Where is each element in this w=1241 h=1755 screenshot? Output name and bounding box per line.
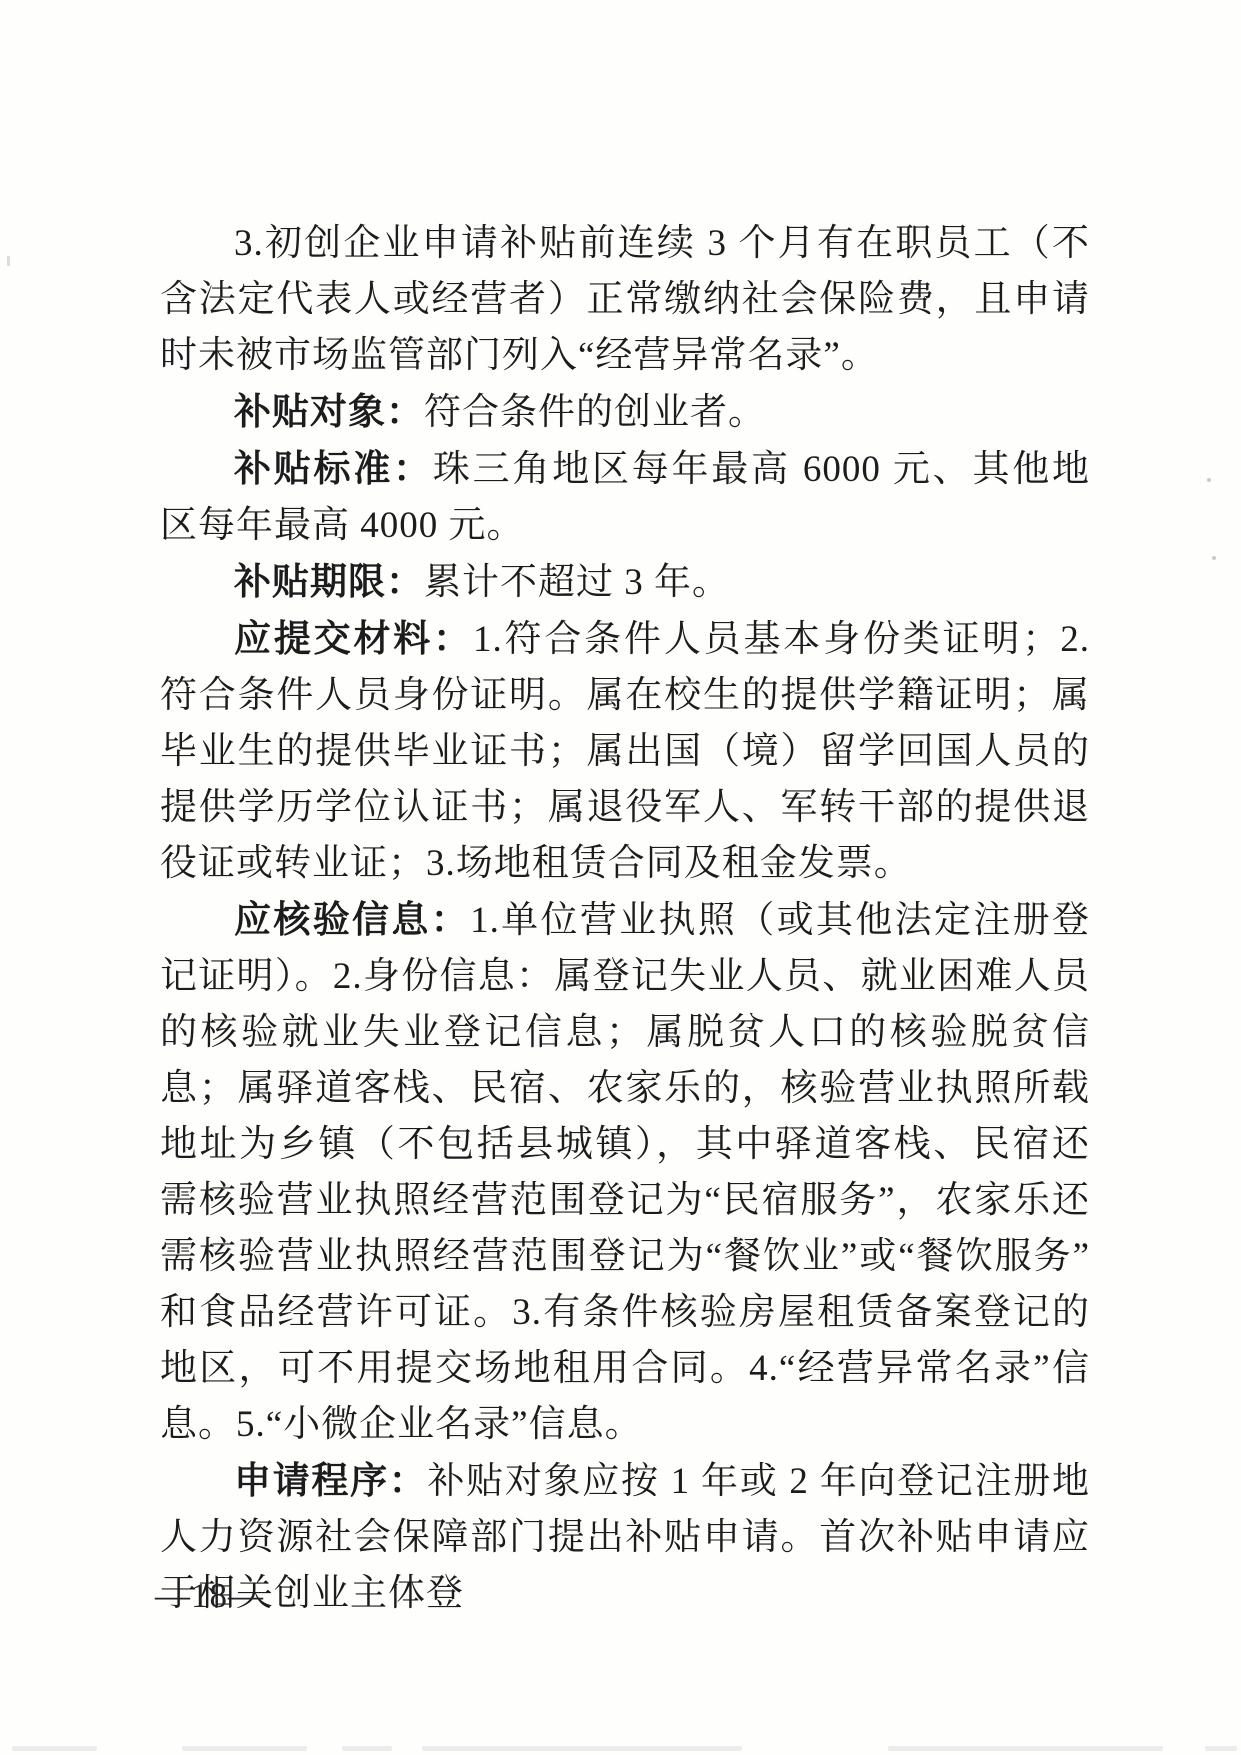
paragraph: 应核验信息：1.单位营业执照（或其他法定注册登记证明）。2.身份信息：属登记失业…: [160, 892, 1090, 1453]
scan-artifact: [888, 1746, 1163, 1751]
paragraph-lead: 补贴期限：: [234, 561, 424, 602]
scan-artifact: [182, 1746, 307, 1751]
paragraph-lead: 应核验信息：: [234, 899, 470, 940]
scan-speck: [1212, 556, 1216, 560]
paragraph-text: 累计不超过 3 年。: [424, 562, 730, 603]
paragraph-lead: 应提交材料：: [234, 618, 473, 659]
paragraph-lead: 补贴标准：: [234, 448, 433, 489]
document-page: 3.初创企业申请补贴前连续 3 个月有在职员工（不含法定代表人或经营者）正常缴纳…: [0, 0, 1241, 1755]
paragraph-text: 符合条件的创业者。: [424, 392, 766, 433]
paragraph: 应提交材料：1.符合条件人员基本身份类证明；2.符合条件人员身份证明。属在校生的…: [160, 611, 1090, 892]
paragraph: 补贴期限：累计不超过 3 年。: [160, 554, 1090, 611]
paragraph-text: 3.初创企业申请补贴前连续 3 个月有在职员工（不含法定代表人或经营者）正常缴纳…: [160, 223, 1090, 376]
paragraph-lead: 补贴对象：: [234, 391, 424, 432]
page-number: —18—: [155, 1576, 264, 1616]
scan-artifact: [422, 1746, 742, 1751]
scan-artifact: [12, 1746, 97, 1751]
paragraph-text: 1.单位营业执照（或其他法定注册登记证明）。2.身份信息：属登记失业人员、就业困…: [160, 900, 1090, 1445]
paragraph: 补贴对象：符合条件的创业者。: [160, 384, 1090, 441]
paragraph: 申请程序：补贴对象应按 1 年或 2 年向登记注册地人力资源社会保障部门提出补贴…: [160, 1453, 1090, 1622]
document-body: 3.初创企业申请补贴前连续 3 个月有在职员工（不含法定代表人或经营者）正常缴纳…: [160, 216, 1090, 1622]
scan-speck: [7, 256, 10, 266]
scan-artifact: [342, 1746, 392, 1751]
scan-artifact: [1205, 1746, 1237, 1751]
scan-speck: [1207, 478, 1211, 482]
paragraph-lead: 申请程序：: [234, 1460, 427, 1501]
paragraph: 补贴标准：珠三角地区每年最高 6000 元、其他地区每年最高 4000 元。: [160, 441, 1090, 554]
paragraph: 3.初创企业申请补贴前连续 3 个月有在职员工（不含法定代表人或经营者）正常缴纳…: [160, 216, 1090, 384]
